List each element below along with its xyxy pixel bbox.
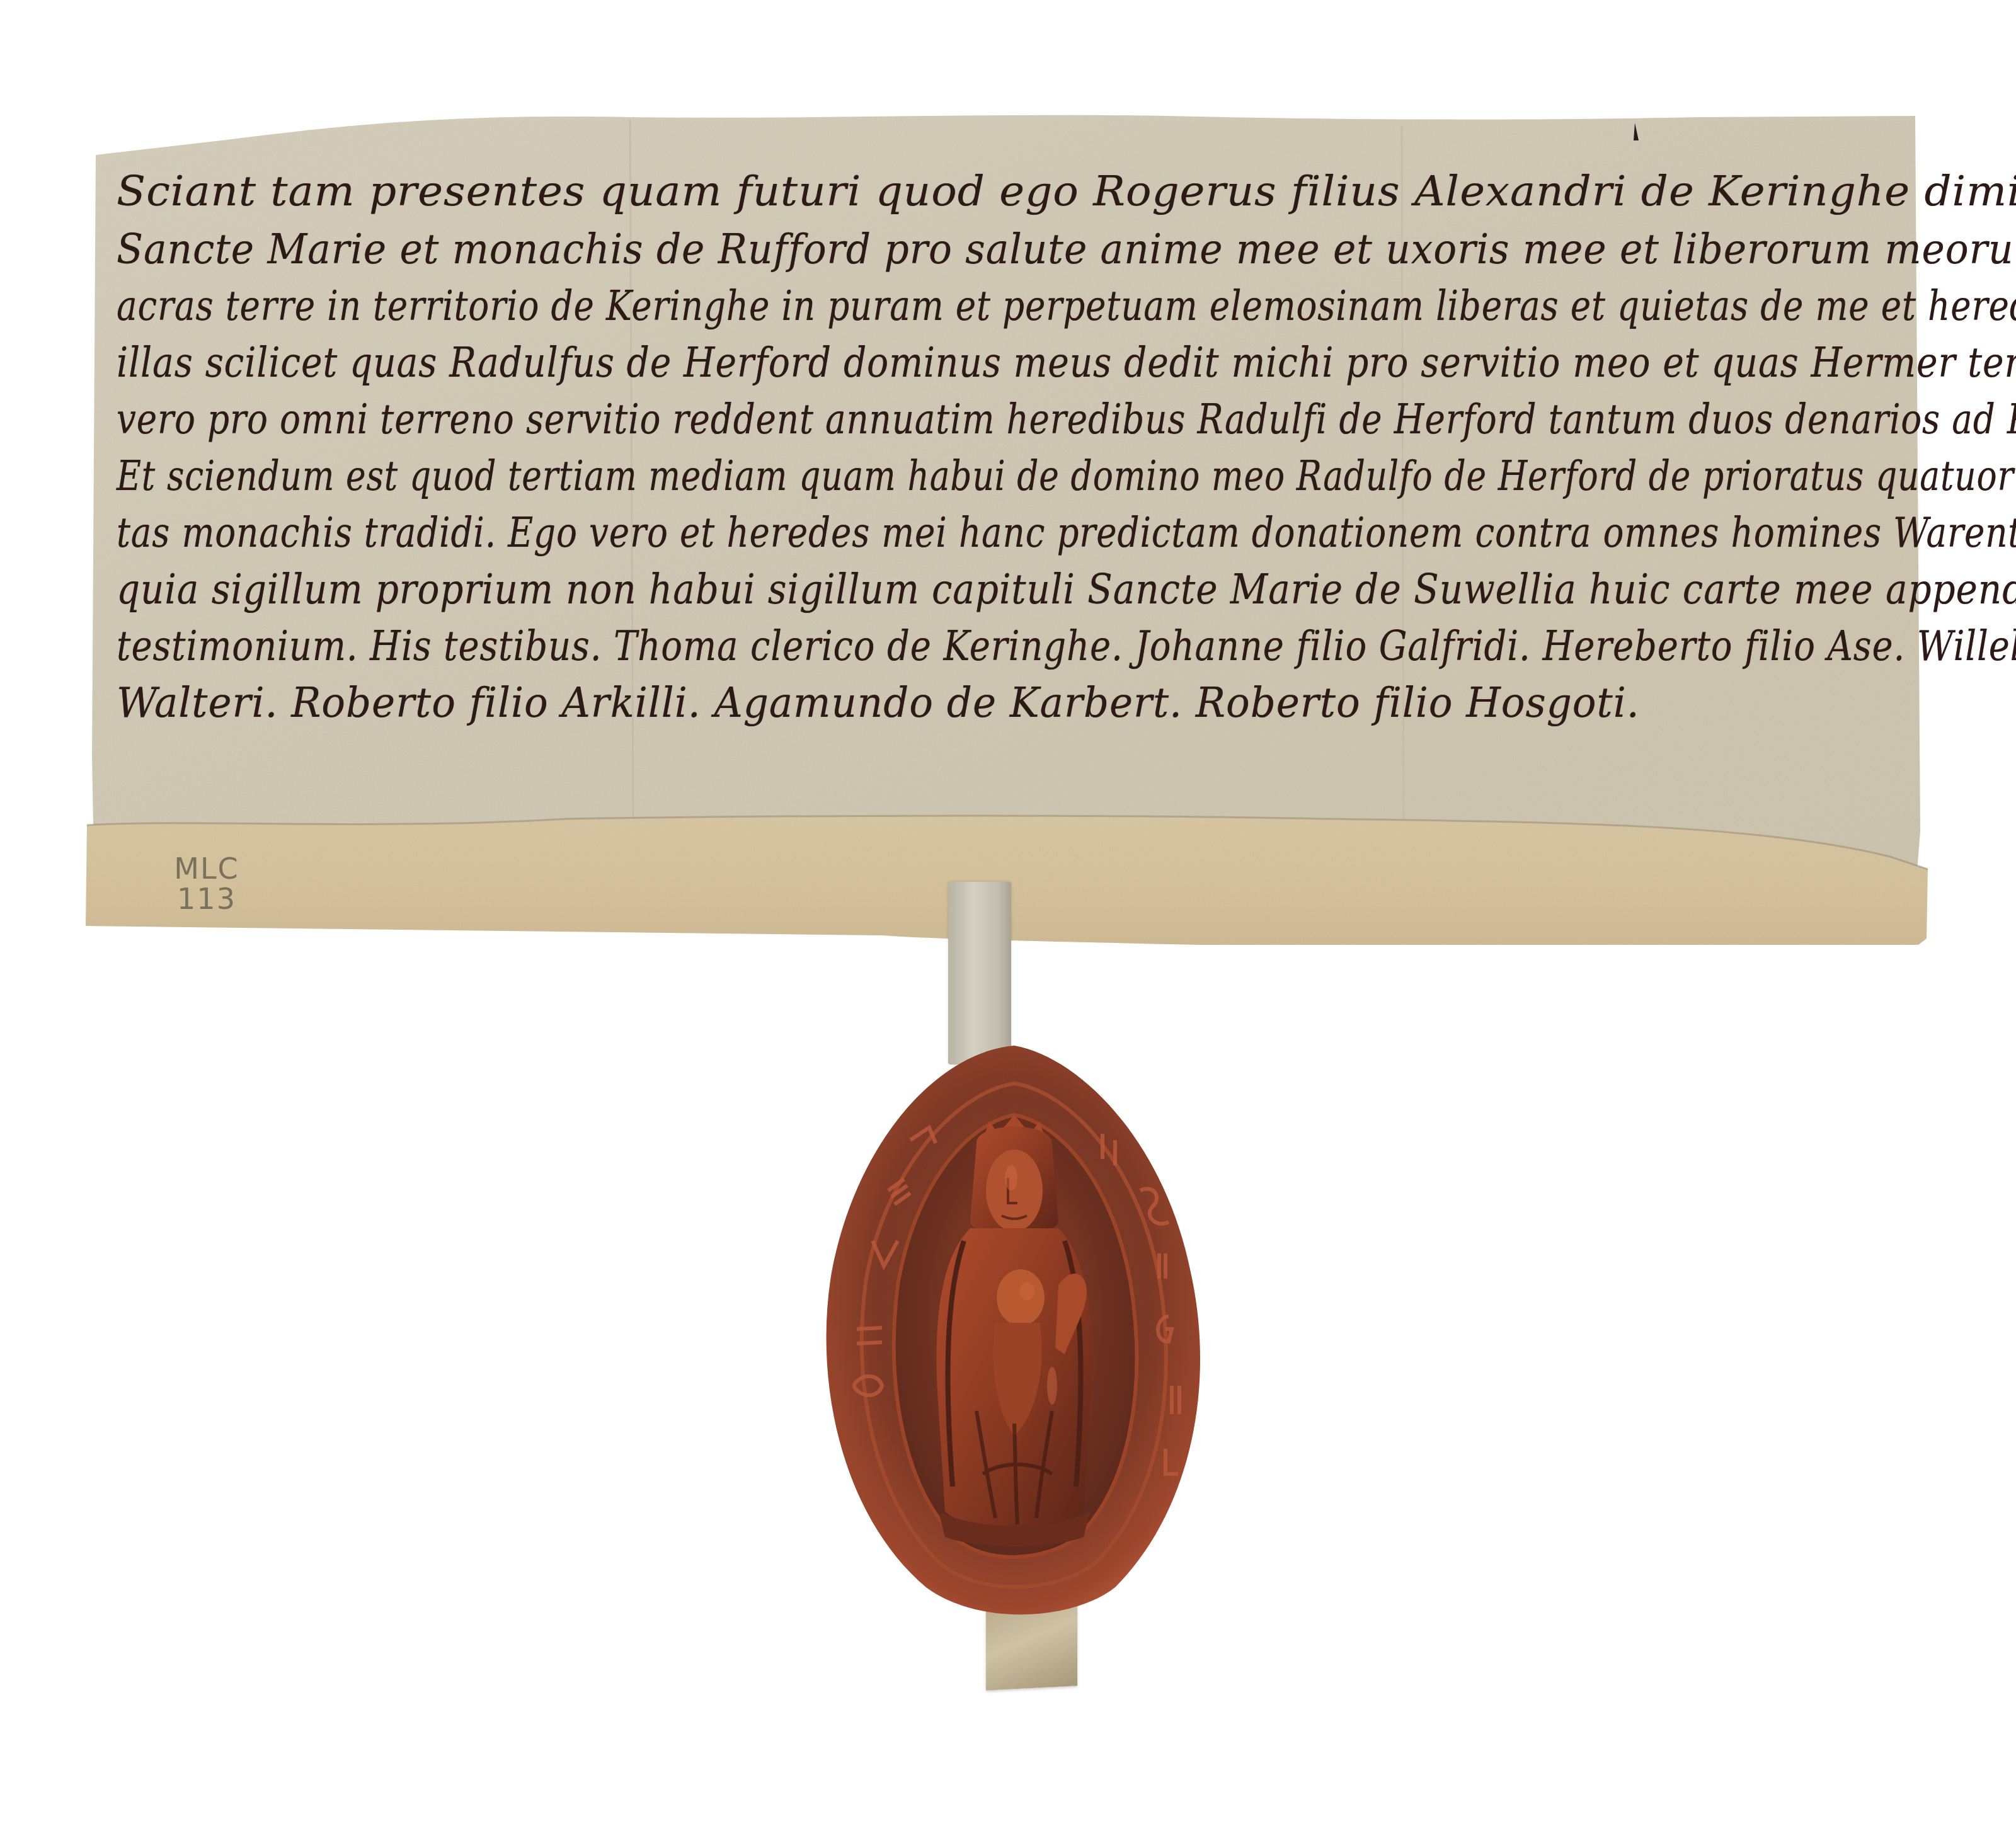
wax-seal [787,1033,1241,1631]
text-line-10: Walteri. Roberto filio Arkilli. Agamundo… [117,678,1640,727]
charter-parchment: Sciant tam presentes quam futuri quod eg… [0,0,2016,1008]
shelfmark-number: 113 [169,884,244,914]
text-line-7: tas monachis tradidi. Ego vero et herede… [117,508,2016,557]
seal-image [787,1033,1241,1631]
text-line-9: testimonium. His testibus. Thoma clerico… [117,622,2016,670]
photograph: Sciant tam presentes quam futuri quod eg… [0,0,2016,1838]
parchment-shape [0,0,2016,1008]
text-line-8: quia sigillum proprium non habui sigillu… [117,565,2016,614]
text-line-5: vero pro omni terreno servitio reddent a… [117,395,2016,443]
shelfmark-label: MLC 113 [169,853,244,914]
text-line-1: Sciant tam presentes quam futuri quod eg… [117,167,2016,215]
shelfmark-series: MLC [169,853,244,884]
text-line-4: illas scilicet quas Radulfus de Herford … [117,338,2016,387]
text-line-6: Et sciendum est quod tertiam mediam quam… [117,452,2016,500]
text-line-3: acras terre in territorio de Keringhe in… [117,282,2016,330]
text-line-2: Sancte Marie et monachis de Rufford pro … [117,225,2016,273]
